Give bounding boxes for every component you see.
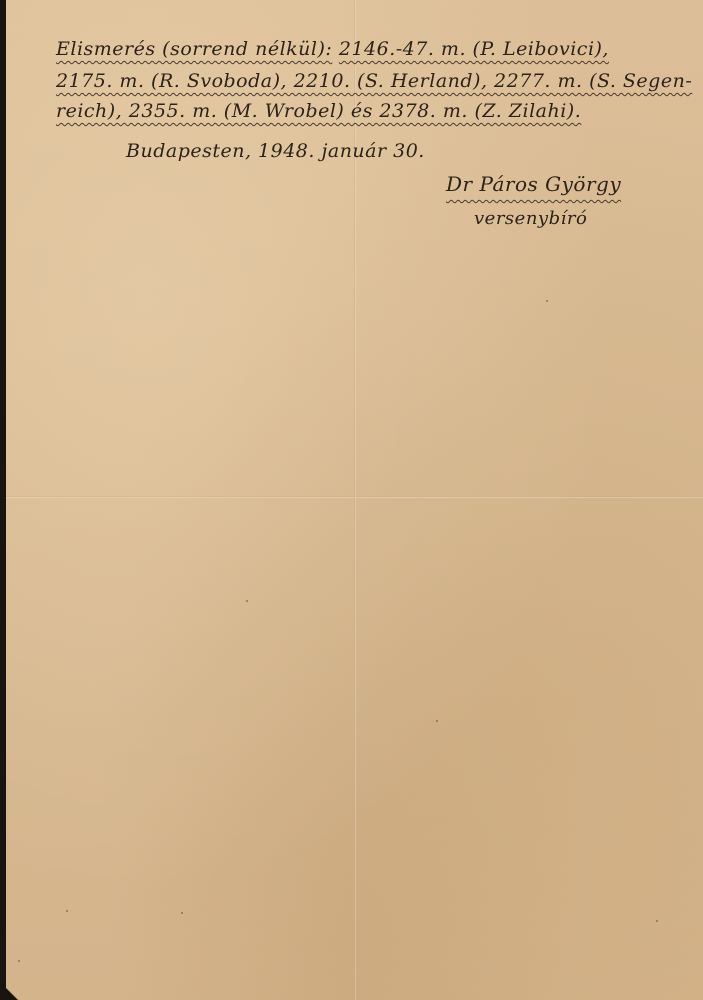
- place-and-date: Budapesten, 1948. január 30.: [126, 140, 425, 162]
- paper-speck: [246, 600, 248, 602]
- paper-speck: [18, 960, 20, 962]
- document-page: Elismerés (sorrend nélkül): 2146.-47. m.…: [6, 0, 703, 1000]
- results-line-3: reich), 2355. m. (M. Wrobel) és 2378. m.…: [56, 100, 581, 122]
- paper-speck: [181, 912, 183, 914]
- horizontal-fold-line: [6, 496, 703, 498]
- results-line-1-text: 2146.-47. m. (P. Leibovici),: [339, 38, 609, 60]
- torn-corner: [6, 988, 18, 1000]
- paper-speck: [436, 720, 438, 722]
- results-label: Elismerés (sorrend nélkül):: [56, 38, 332, 60]
- paper-speck: [66, 910, 68, 912]
- results-line-1: Elismerés (sorrend nélkül): 2146.-47. m.…: [56, 38, 609, 60]
- signature: Dr Páros György: [446, 172, 651, 196]
- results-line-2: 2175. m. (R. Svoboda), 2210. (S. Herland…: [56, 70, 692, 92]
- signatory-role: versenybíró: [474, 208, 587, 229]
- paper-speck: [546, 300, 548, 302]
- paper-speck: [656, 920, 658, 922]
